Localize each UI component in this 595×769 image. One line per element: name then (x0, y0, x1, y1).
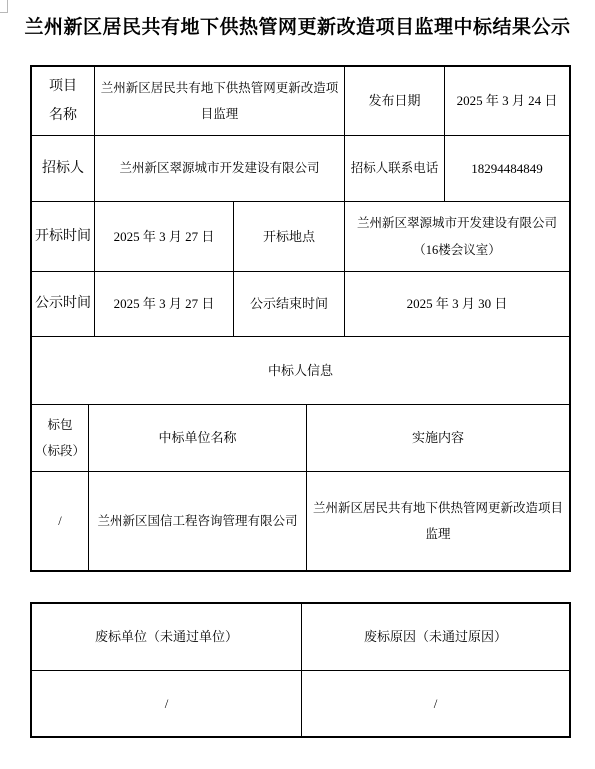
publicity-end-time-value: 2025 年 3 月 30 日 (345, 272, 569, 337)
tenderer-label: 招标人 (32, 136, 95, 202)
winner-name-value: 兰州新区国信工程咨询管理有限公司 (89, 472, 307, 570)
project-name-value: 兰州新区居民共有地下供热管网更新改造项目监理 (95, 67, 345, 136)
bid-opening-time-label: 开标时间 (32, 202, 95, 272)
winner-name-column-header: 中标单位名称 (89, 405, 307, 472)
bid-opening-place-label: 开标地点 (234, 202, 345, 272)
winner-info-section-header: 中标人信息 (32, 337, 569, 405)
tenderer-phone-value: 18294484849 (445, 136, 569, 202)
table-row-tenderer: 招标人 兰州新区翠源城市开发建设有限公司 招标人联系电话 18294484849 (32, 136, 569, 202)
page-title: 兰州新区居民共有地下供热管网更新改造项目监理中标结果公示 (0, 12, 595, 39)
package-column-header: 标包 （标段） (32, 405, 89, 472)
package-value: / (32, 472, 89, 570)
document-page: 兰州新区居民共有地下供热管网更新改造项目监理中标结果公示 项目 名称 兰州新区居… (0, 0, 595, 769)
table-row-bid-opening: 开标时间 2025 年 3 月 27 日 开标地点 兰州新区翠源城市开发建设有限… (32, 202, 569, 272)
tenderer-value: 兰州新区翠源城市开发建设有限公司 (95, 136, 345, 202)
rejected-bid-table: 废标单位（未通过单位） 废标原因（未通过原因） / / (30, 602, 571, 738)
implementation-value: 兰州新区居民共有地下供热管网更新改造项目监理 (307, 472, 569, 570)
bid-opening-time-value: 2025 年 3 月 27 日 (95, 202, 234, 272)
implementation-column-header: 实施内容 (307, 405, 569, 472)
publish-date-label: 发布日期 (345, 67, 445, 136)
rejected-reason-header: 废标原因（未通过原因） (302, 604, 569, 671)
table-row-winner-values: / 兰州新区国信工程咨询管理有限公司 兰州新区居民共有地下供热管网更新改造项目监… (32, 472, 569, 570)
bid-result-table: 项目 名称 兰州新区居民共有地下供热管网更新改造项目监理 发布日期 2025 年… (30, 65, 571, 572)
publicity-time-label: 公示时间 (32, 272, 95, 337)
rejected-unit-value: / (32, 671, 302, 736)
publicity-time-value: 2025 年 3 月 27 日 (95, 272, 234, 337)
rejected-header-row: 废标单位（未通过单位） 废标原因（未通过原因） (32, 604, 569, 671)
rejected-value-row: / / (32, 671, 569, 736)
rejected-unit-header: 废标单位（未通过单位） (32, 604, 302, 671)
tenderer-phone-label: 招标人联系电话 (345, 136, 445, 202)
publicity-end-time-label: 公示结束时间 (234, 272, 345, 337)
publish-date-value: 2025 年 3 月 24 日 (445, 67, 569, 136)
project-name-label: 项目 名称 (32, 67, 95, 136)
table-row-publicity: 公示时间 2025 年 3 月 27 日 公示结束时间 2025 年 3 月 3… (32, 272, 569, 337)
table-row-project: 项目 名称 兰州新区居民共有地下供热管网更新改造项目监理 发布日期 2025 年… (32, 67, 569, 136)
rejected-reason-value: / (302, 671, 569, 736)
bid-opening-place-value: 兰州新区翠源城市开发建设有限公司（16楼会议室） (345, 202, 569, 272)
table-row-winner-headers: 标包 （标段） 中标单位名称 实施内容 (32, 405, 569, 472)
table-row-winner-section: 中标人信息 (32, 337, 569, 405)
